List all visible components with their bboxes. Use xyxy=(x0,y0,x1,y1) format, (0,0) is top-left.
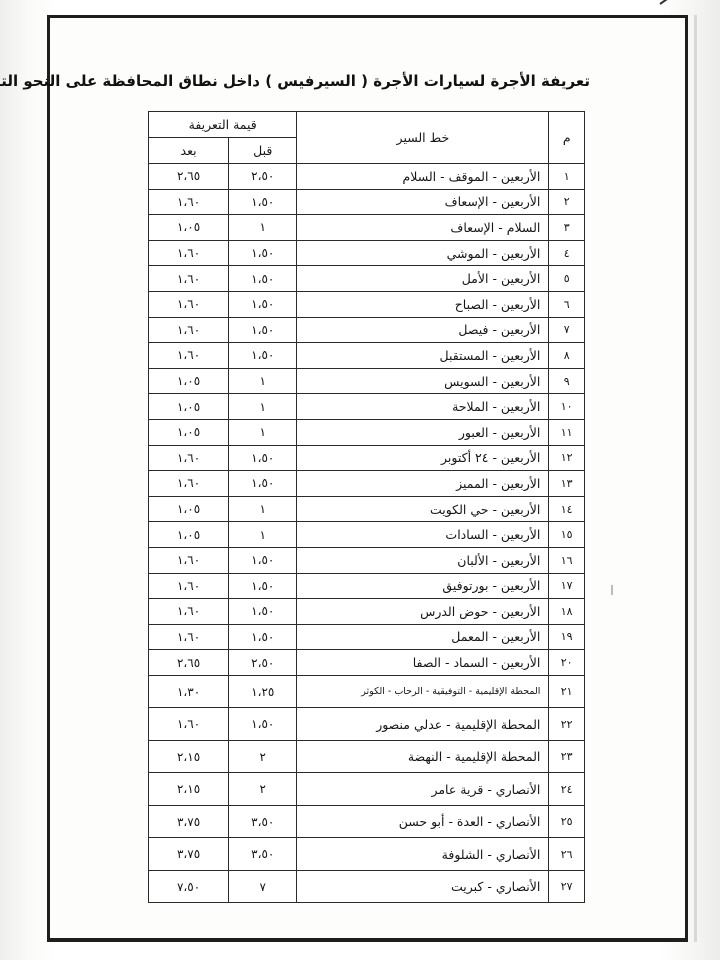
row-fare-after: ٢،٦٥ xyxy=(149,164,229,190)
table-row: ٢٣المحطة الإقليمية - النهضة٢٢،١٥ xyxy=(149,740,585,773)
row-index: ١٥ xyxy=(549,522,585,548)
row-fare-after: ١،٦٠ xyxy=(149,573,229,599)
row-fare-after: ١،٦٠ xyxy=(149,599,229,625)
row-index: ٢٣ xyxy=(549,740,585,773)
row-index: ٦ xyxy=(549,291,585,317)
table-row: ١الأربعين - الموقف - السلام٢،٥٠٢،٦٥ xyxy=(149,164,585,190)
row-route: الأربعين - السادات xyxy=(297,522,549,548)
row-route: الأربعين - الأمل xyxy=(297,266,549,292)
row-route: المحطة الإقليمية - النهضة xyxy=(297,740,549,773)
row-index: ٢٥ xyxy=(549,805,585,838)
row-fare-after: ١،٠٥ xyxy=(149,394,229,420)
row-route: الأربعين - الموقف - السلام xyxy=(297,164,549,190)
row-fare-before: ٢ xyxy=(229,740,297,773)
table-row: ١٦الأربعين - الألبان١،٥٠١،٦٠ xyxy=(149,547,585,573)
row-fare-before: ١،٥٠ xyxy=(229,547,297,573)
row-index: ١٧ xyxy=(549,573,585,599)
table-row: ١٢الأربعين - ٢٤ أكتوبر١،٥٠١،٦٠ xyxy=(149,445,585,471)
row-fare-after: ١،٦٠ xyxy=(149,240,229,266)
row-fare-after: ١،٣٠ xyxy=(149,675,229,708)
row-index: ١٦ xyxy=(549,547,585,573)
scanned-page: تعريفة الأجرة لسيارات الأجرة ( السيرفيس … xyxy=(0,0,720,960)
row-index: ١٢ xyxy=(549,445,585,471)
row-index: ١١ xyxy=(549,419,585,445)
row-route: الأربعين - الصباح xyxy=(297,291,549,317)
row-index: ٧ xyxy=(549,317,585,343)
row-fare-before: ١ xyxy=(229,419,297,445)
row-index: ٢١ xyxy=(549,675,585,708)
row-fare-before: ١،٢٥ xyxy=(229,675,297,708)
row-fare-before: ٢ xyxy=(229,773,297,806)
table-row: ١٣الأربعين - المميز١،٥٠١،٦٠ xyxy=(149,471,585,497)
table-body: ١الأربعين - الموقف - السلام٢،٥٠٢،٦٥ ٢الأ… xyxy=(149,164,585,903)
row-fare-after: ١،٠٥ xyxy=(149,215,229,241)
row-fare-before: ١،٥٠ xyxy=(229,291,297,317)
row-route: المحطة الإقليمية - عدلي منصور xyxy=(297,708,549,741)
table-row: ٥الأربعين - الأمل١،٥٠١،٦٠ xyxy=(149,266,585,292)
table-row: ٦الأربعين - الصباح١،٥٠١،٦٠ xyxy=(149,291,585,317)
row-fare-before: ١،٥٠ xyxy=(229,266,297,292)
row-fare-before: ١،٥٠ xyxy=(229,708,297,741)
row-fare-after: ١،٦٠ xyxy=(149,317,229,343)
row-route: الأربعين - الإسعاف xyxy=(297,189,549,215)
row-route: الأنصاري - الشلوفة xyxy=(297,838,549,871)
row-fare-after: ١،٦٠ xyxy=(149,624,229,650)
row-route: الأربعين - ٢٤ أكتوبر xyxy=(297,445,549,471)
row-fare-after: ١،٠٥ xyxy=(149,419,229,445)
row-fare-before: ٣،٥٠ xyxy=(229,838,297,871)
row-fare-before: ٧ xyxy=(229,870,297,903)
pen-mark xyxy=(659,0,678,5)
row-fare-after: ١،٦٠ xyxy=(149,547,229,573)
table-row: ٢١المحطة الإقليمية - التوفيقية - الرحاب … xyxy=(149,675,585,708)
row-fare-before: ١ xyxy=(229,522,297,548)
row-fare-before: ١،٥٠ xyxy=(229,624,297,650)
row-fare-before: ١،٥٠ xyxy=(229,317,297,343)
row-index: ٢٢ xyxy=(549,708,585,741)
row-fare-after: ٢،٦٥ xyxy=(149,650,229,676)
row-fare-before: ٢،٥٠ xyxy=(229,650,297,676)
row-index: ٨ xyxy=(549,343,585,369)
row-fare-before: ١،٥٠ xyxy=(229,599,297,625)
row-route: الأربعين - المميز xyxy=(297,471,549,497)
table-row: ٢٠الأربعين - السماد - الصفا٢،٥٠٢،٦٥ xyxy=(149,650,585,676)
table-row: ٢٤الأنصاري - قرية عامر٢٢،١٥ xyxy=(149,773,585,806)
row-index: ١ xyxy=(549,164,585,190)
row-fare-after: ١،٦٠ xyxy=(149,291,229,317)
row-route: الأنصاري - العدة - أبو حسن xyxy=(297,805,549,838)
row-fare-before: ١،٥٠ xyxy=(229,189,297,215)
row-route: الأربعين - المستقبل xyxy=(297,343,549,369)
row-fare-before: ١ xyxy=(229,394,297,420)
row-fare-after: ١،٦٠ xyxy=(149,343,229,369)
table-row: ٧الأربعين - فيصل١،٥٠١،٦٠ xyxy=(149,317,585,343)
row-index: ١٩ xyxy=(549,624,585,650)
row-route: الأربعين - السماد - الصفا xyxy=(297,650,549,676)
row-route: الأربعين - العبور xyxy=(297,419,549,445)
row-route: الأربعين - فيصل xyxy=(297,317,549,343)
row-fare-before: ١ xyxy=(229,368,297,394)
row-fare-before: ١،٥٠ xyxy=(229,573,297,599)
row-index: ٣ xyxy=(549,215,585,241)
frame-shadow xyxy=(694,15,697,942)
table-row: ٨الأربعين - المستقبل١،٥٠١،٦٠ xyxy=(149,343,585,369)
row-index: ٢٠ xyxy=(549,650,585,676)
stray-mark xyxy=(611,585,613,595)
row-route: المحطة الإقليمية - التوفيقية - الرحاب - … xyxy=(297,675,549,708)
header-route: خط السير xyxy=(297,112,549,164)
row-index: ١٠ xyxy=(549,394,585,420)
document-title: تعريفة الأجرة لسيارات الأجرة ( السيرفيس … xyxy=(60,72,590,90)
row-route: الأنصاري - قرية عامر xyxy=(297,773,549,806)
row-index: ٢ xyxy=(549,189,585,215)
row-fare-after: ٢،١٥ xyxy=(149,740,229,773)
row-route: الأنصاري - كبريت xyxy=(297,870,549,903)
row-fare-after: ١،٠٥ xyxy=(149,368,229,394)
row-fare-before: ١ xyxy=(229,496,297,522)
row-route: الأربعين - الألبان xyxy=(297,547,549,573)
row-index: ٢٦ xyxy=(549,838,585,871)
header-before: قبل xyxy=(229,138,297,164)
table-row: ١٠الأربعين - الملاحة١١،٠٥ xyxy=(149,394,585,420)
row-fare-after: ١،٦٠ xyxy=(149,708,229,741)
row-fare-after: ١،٦٠ xyxy=(149,266,229,292)
header-fare-group: قيمة التعريفة xyxy=(149,112,297,138)
table-row: ١٩الأربعين - المعمل١،٥٠١،٦٠ xyxy=(149,624,585,650)
row-route: الأربعين - حوض الدرس xyxy=(297,599,549,625)
row-fare-after: ٣،٧٥ xyxy=(149,805,229,838)
table-row: ٢٧الأنصاري - كبريت٧٧،٥٠ xyxy=(149,870,585,903)
table-row: ٢الأربعين - الإسعاف١،٥٠١،٦٠ xyxy=(149,189,585,215)
row-index: ١٣ xyxy=(549,471,585,497)
row-fare-after: ١،٠٥ xyxy=(149,522,229,548)
row-fare-before: ٣،٥٠ xyxy=(229,805,297,838)
table-row: ٤الأربعين - الموشي١،٥٠١،٦٠ xyxy=(149,240,585,266)
header-after: بعد xyxy=(149,138,229,164)
row-route: الأربعين - السويس xyxy=(297,368,549,394)
row-fare-after: ٣،٧٥ xyxy=(149,838,229,871)
table-row: ١٥الأربعين - السادات١١،٠٥ xyxy=(149,522,585,548)
table-header-row: م خط السير قيمة التعريفة xyxy=(149,112,585,138)
row-fare-after: ١،٠٥ xyxy=(149,496,229,522)
row-fare-before: ١،٥٠ xyxy=(229,471,297,497)
row-route: الأربعين - بورتوفيق xyxy=(297,573,549,599)
table-row: ١٨الأربعين - حوض الدرس١،٥٠١،٦٠ xyxy=(149,599,585,625)
row-fare-after: ١،٦٠ xyxy=(149,445,229,471)
row-index: ٩ xyxy=(549,368,585,394)
row-route: الأربعين - المعمل xyxy=(297,624,549,650)
row-fare-before: ١،٥٠ xyxy=(229,343,297,369)
table-row: ١٤الأربعين - حي الكويت١١،٠٥ xyxy=(149,496,585,522)
row-index: ١٤ xyxy=(549,496,585,522)
row-fare-before: ١ xyxy=(229,215,297,241)
fare-table: م خط السير قيمة التعريفة قبل بعد ١الأربع… xyxy=(148,111,585,903)
table-row: ٢٢المحطة الإقليمية - عدلي منصور١،٥٠١،٦٠ xyxy=(149,708,585,741)
row-index: ١٨ xyxy=(549,599,585,625)
row-route: الأربعين - الموشي xyxy=(297,240,549,266)
row-index: ٢٧ xyxy=(549,870,585,903)
table-row: ٢٥الأنصاري - العدة - أبو حسن٣،٥٠٣،٧٥ xyxy=(149,805,585,838)
row-index: ٥ xyxy=(549,266,585,292)
table-row: ١٧الأربعين - بورتوفيق١،٥٠١،٦٠ xyxy=(149,573,585,599)
table-row: ١١الأربعين - العبور١١،٠٥ xyxy=(149,419,585,445)
row-fare-after: ٧،٥٠ xyxy=(149,870,229,903)
row-index: ٤ xyxy=(549,240,585,266)
row-fare-after: ٢،١٥ xyxy=(149,773,229,806)
row-fare-before: ١،٥٠ xyxy=(229,240,297,266)
row-route: السلام - الإسعاف xyxy=(297,215,549,241)
row-fare-before: ٢،٥٠ xyxy=(229,164,297,190)
row-index: ٢٤ xyxy=(549,773,585,806)
table-row: ٣السلام - الإسعاف١١،٠٥ xyxy=(149,215,585,241)
table-row: ٢٦الأنصاري - الشلوفة٣،٥٠٣،٧٥ xyxy=(149,838,585,871)
table-row: ٩الأربعين - السويس١١،٠٥ xyxy=(149,368,585,394)
row-fare-before: ١،٥٠ xyxy=(229,445,297,471)
row-fare-after: ١،٦٠ xyxy=(149,471,229,497)
row-fare-after: ١،٦٠ xyxy=(149,189,229,215)
row-route: الأربعين - حي الكويت xyxy=(297,496,549,522)
row-route: الأربعين - الملاحة xyxy=(297,394,549,420)
header-index: م xyxy=(549,112,585,164)
